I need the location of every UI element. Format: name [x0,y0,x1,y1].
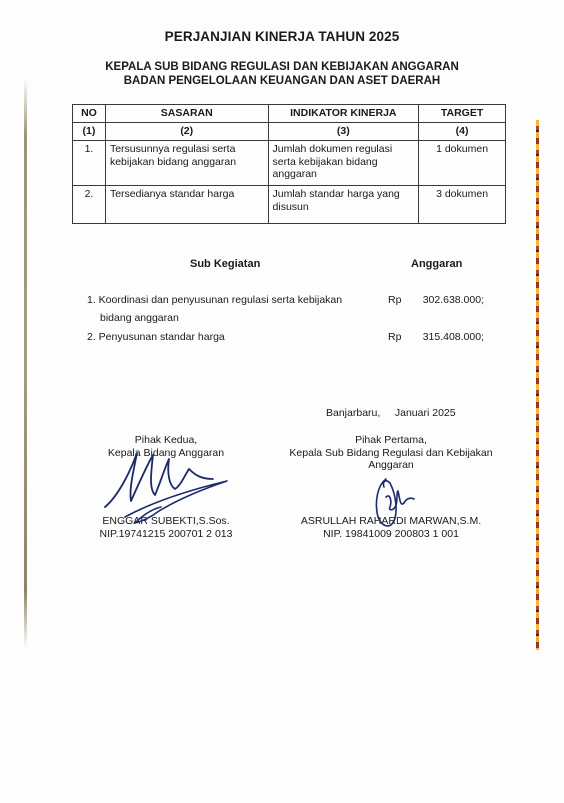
party-nip: NIP. 19841009 200803 1 001 [276,528,506,541]
currency-label: Rp [388,294,401,306]
scan-edge-left [24,78,27,648]
column-number-row: (1) (2) (3) (4) [73,123,506,141]
document-subtitle-agency: BADAN PENGELOLAAN KEUANGAN DAN ASET DAER… [0,75,564,87]
row-target: 1 dokumen [419,141,506,186]
party-role: Pihak Kedua, [76,434,256,447]
sub-kegiatan-heading: Sub Kegiatan [190,258,260,270]
table-header-row: NO SASARAN INDIKATOR KINERJA TARGET [73,105,506,123]
document-subtitle-position: KEPALA SUB BIDANG REGULASI DAN KEBIJAKAN… [0,61,564,73]
header-indikator: INDIKATOR KINERJA [268,105,419,123]
sub-kegiatan-label-line2: bidang anggaran [87,312,377,324]
row-sasaran: Tersusunnya regulasi serta kebijakan bid… [105,141,268,186]
row-target: 3 dokumen [419,186,506,224]
table-row: 2. Tersedianya standar harga Jumlah stan… [73,186,506,224]
column-number: (2) [105,123,268,141]
party-name: ASRULLAH RAHARDI MARWAN,S.M. [276,515,506,528]
document-title: PERJANJIAN KINERJA TAHUN 2025 [0,29,564,44]
header-target: TARGET [419,105,506,123]
column-number: (4) [419,123,506,141]
signature-block-first-party: Pihak Pertama, Kepala Sub Bidang Regulas… [276,434,506,472]
scan-edge-right [536,120,539,650]
party-position: Kepala Bidang Anggaran [76,447,256,460]
party-nip: NIP.19741215 200701 2 013 [76,528,256,541]
row-indikator: Jumlah standar harga yang disusun [268,186,419,224]
row-no: 2. [73,186,106,224]
party-position-line2: Anggaran [276,459,506,472]
anggaran-heading: Anggaran [411,258,462,270]
signature-block-second-party: Pihak Kedua, Kepala Bidang Anggaran ENGG… [76,434,256,459]
party-position-line1: Kepala Sub Bidang Regulasi dan Kebijakan [276,447,506,460]
party-name: ENGGAR SUBEKTI,S.Sos. [76,515,256,528]
party-role: Pihak Pertama, [276,434,506,447]
budget-amount: 315.408.000; [420,331,484,343]
currency-label: Rp [388,331,401,343]
column-number: (1) [73,123,106,141]
header-no: NO [73,105,106,123]
row-sasaran: Tersedianya standar harga [105,186,268,224]
sub-kegiatan-label-line1: 2. Penyusunan standar harga [87,331,225,343]
performance-table: NO SASARAN INDIKATOR KINERJA TARGET (1) … [72,104,506,224]
row-indikator: Jumlah dokumen regulasi serta kebijakan … [268,141,419,186]
header-sasaran: SASARAN [105,105,268,123]
column-number: (3) [268,123,419,141]
row-no: 1. [73,141,106,186]
budget-amount: 302.638.000; [420,294,484,306]
sub-kegiatan-label: 2. Penyusunan standar harga [87,331,377,343]
place-date: Banjarbaru, Januari 2025 [326,407,456,419]
table-row: 1. Tersusunnya regulasi serta kebijakan … [73,141,506,186]
sub-kegiatan-label-line1: 1. Koordinasi dan penyusunan regulasi se… [87,294,342,306]
sub-kegiatan-label: 1. Koordinasi dan penyusunan regulasi se… [87,294,377,324]
